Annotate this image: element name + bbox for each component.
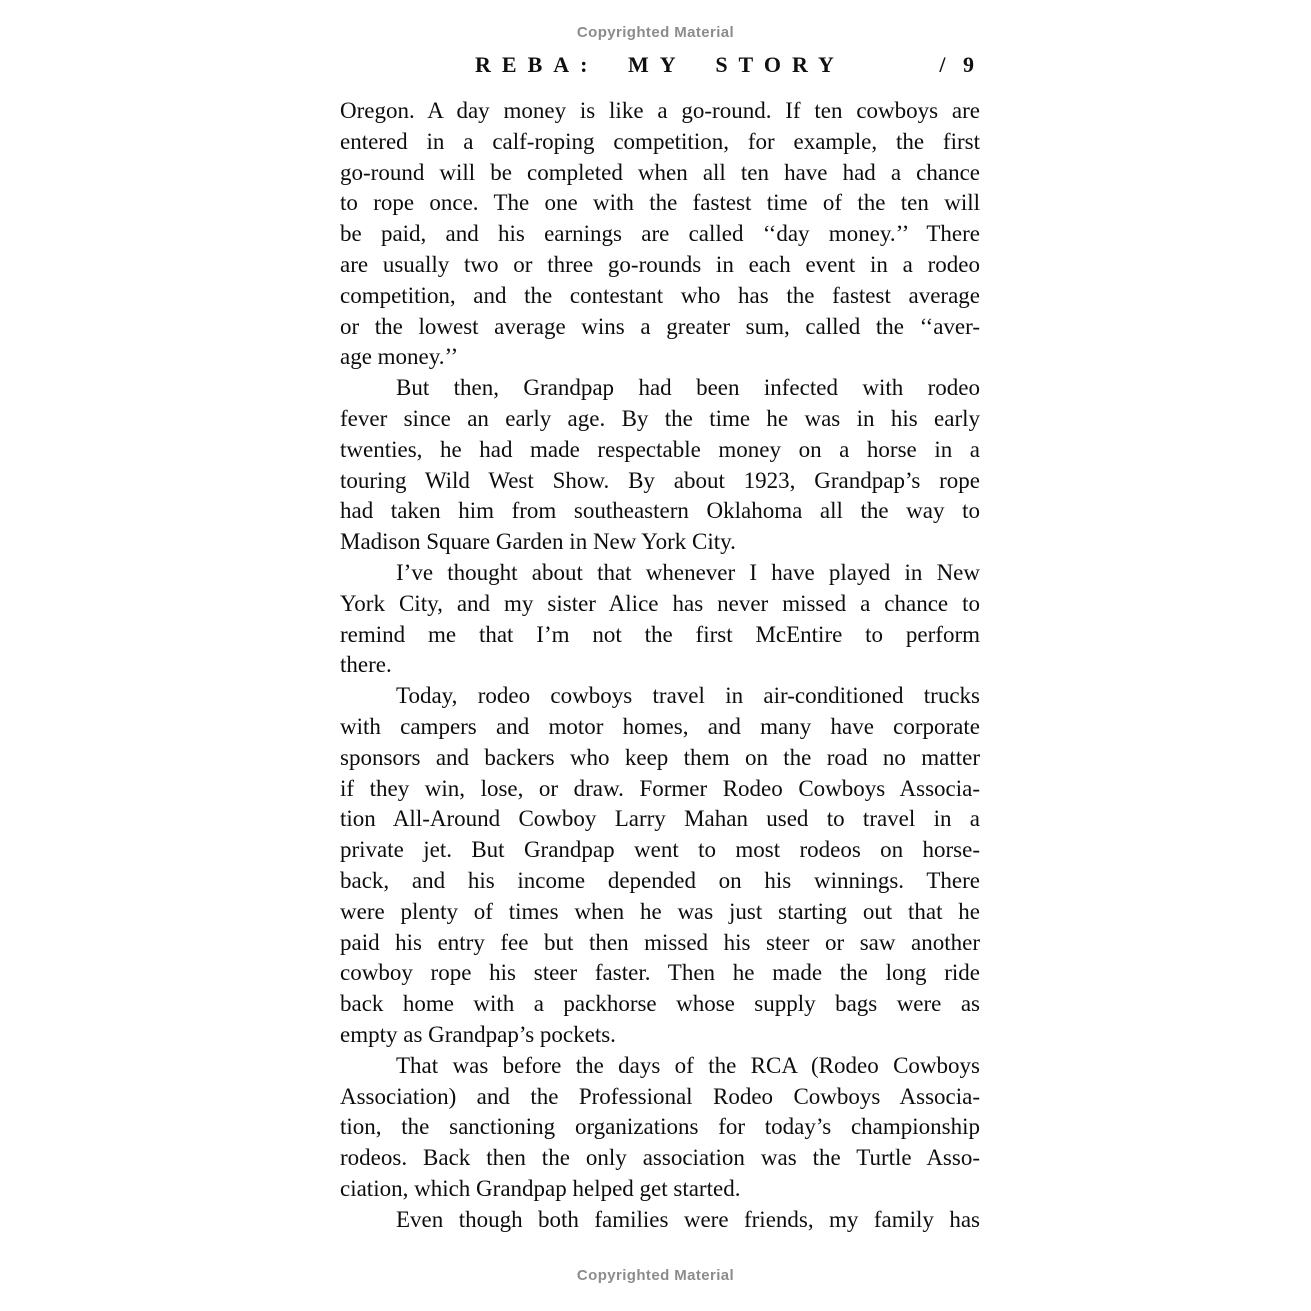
paragraph: Even though both families were friends, … [340, 1205, 980, 1236]
text-line: tion All-Around Cowboy Larry Mahan used … [340, 804, 980, 835]
text-line: be paid, and his earnings are called ‘‘d… [340, 219, 980, 250]
text-line: were plenty of times when he was just st… [340, 897, 980, 928]
paragraph: That was before the days of the RCA (Rod… [340, 1051, 980, 1205]
text-line: are usually two or three go-rounds in ea… [340, 250, 980, 281]
paragraph: But then, Grandpap had been infected wit… [340, 373, 980, 558]
page-number: / 9 [939, 52, 980, 78]
text-line: Oregon. A day money is like a go-round. … [340, 96, 980, 127]
paragraph: I’ve thought about that whenever I have … [340, 558, 980, 681]
text-line: go-round will be completed when all ten … [340, 158, 980, 189]
text-line: or the lowest average wins a greater sum… [340, 312, 980, 343]
paragraph: Today, rodeo cowboys travel in air-condi… [340, 681, 980, 1051]
text-line: sponsors and backers who keep them on th… [340, 743, 980, 774]
text-line: back, and his income depended on his win… [340, 866, 980, 897]
text-line: Today, rodeo cowboys travel in air-condi… [340, 681, 980, 712]
text-line: entered in a calf-roping competition, fo… [340, 127, 980, 158]
text-line: age money.’’ [340, 342, 980, 373]
text-line: tion, the sanctioning organizations for … [340, 1112, 980, 1143]
running-head: REBA: MY STORY / 9 [340, 52, 980, 82]
text-line: had taken him from southeastern Oklahoma… [340, 496, 980, 527]
text-line: rodeos. Back then the only association w… [340, 1143, 980, 1174]
text-line: cowboy rope his steer faster. Then he ma… [340, 958, 980, 989]
text-line: That was before the days of the RCA (Rod… [340, 1051, 980, 1082]
text-line: Association) and the Professional Rodeo … [340, 1082, 980, 1113]
text-line: York City, and my sister Alice has never… [340, 589, 980, 620]
text-line: remind me that I’m not the first McEntir… [340, 620, 980, 651]
text-line: touring Wild West Show. By about 1923, G… [340, 466, 980, 497]
text-line: private jet. But Grandpap went to most r… [340, 835, 980, 866]
text-line: Madison Square Garden in New York City. [340, 527, 980, 558]
text-line: But then, Grandpap had been infected wit… [340, 373, 980, 404]
text-line: paid his entry fee but then missed his s… [340, 928, 980, 959]
text-line: twenties, he had made respectable money … [340, 435, 980, 466]
book-page: Copyrighted Material REBA: MY STORY / 9 … [0, 0, 1311, 1311]
text-line: if they win, lose, or draw. Former Rodeo… [340, 774, 980, 805]
text-line: I’ve thought about that whenever I have … [340, 558, 980, 589]
text-line: with campers and motor homes, and many h… [340, 712, 980, 743]
copyright-notice-bottom: Copyrighted Material [0, 1267, 1311, 1284]
paragraph: Oregon. A day money is like a go-round. … [340, 96, 980, 373]
text-line: back home with a packhorse whose supply … [340, 989, 980, 1020]
book-title: REBA: MY STORY [340, 52, 980, 78]
text-line: there. [340, 650, 980, 681]
text-line: competition, and the contestant who has … [340, 281, 980, 312]
text-line: ciation, which Grandpap helped get start… [340, 1174, 980, 1205]
text-line: to rope once. The one with the fastest t… [340, 188, 980, 219]
text-line: Even though both families were friends, … [340, 1205, 980, 1236]
copyright-notice-top: Copyrighted Material [0, 24, 1311, 41]
body-text: Oregon. A day money is like a go-round. … [340, 96, 980, 1235]
text-line: empty as Grandpap’s pockets. [340, 1020, 980, 1051]
text-line: fever since an early age. By the time he… [340, 404, 980, 435]
